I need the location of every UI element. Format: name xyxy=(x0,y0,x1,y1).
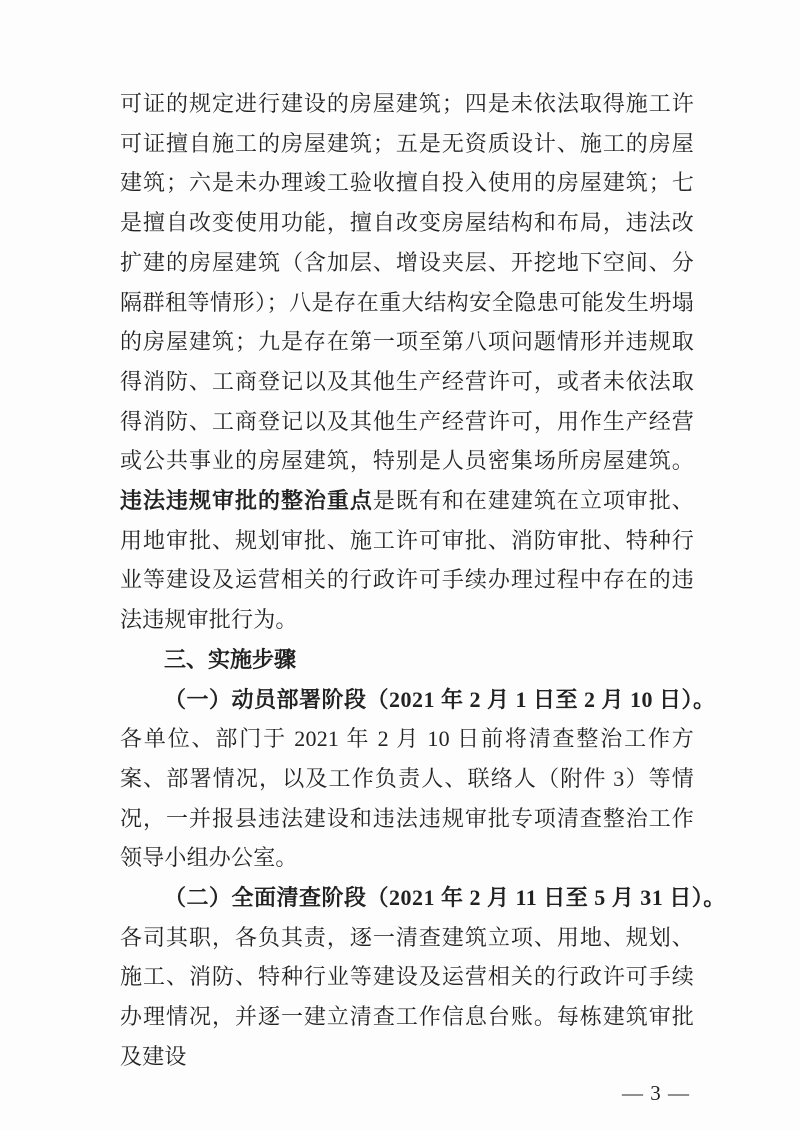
paragraph-stage2-body: 各司其职，各负其责，逐一清查建筑立项、用地、规划、施工、消防、特种行业等建设及运… xyxy=(120,918,694,1077)
paragraph-remediation-targets: 可证的规定进行建设的房屋建筑；四是未依法取得施工许可证擅自施工的房屋建筑；五是无… xyxy=(120,84,694,640)
paragraph-text-before-emphasis: 可证的规定进行建设的房屋建筑；四是未依法取得施工许可证擅自施工的房屋建筑；五是无… xyxy=(120,91,694,473)
bold-emphasis-remediation-focus: 违法违规审批的整治重点 xyxy=(120,488,373,513)
document-page: 可证的规定进行建设的房屋建筑；四是未依法取得施工许可证擅自施工的房屋建筑；五是无… xyxy=(0,0,800,1130)
stage1-heading-mobilization-phase: （一）动员部署阶段（2021 年 2 月 1 日至 2 月 10 日）。 xyxy=(120,680,694,720)
paragraph-stage1-body: 各单位、部门于 2021 年 2 月 10 日前将清查整治工作方案、部署情况，以… xyxy=(120,719,694,878)
section-heading-implementation-steps: 三、实施步骤 xyxy=(120,640,694,680)
stage2-heading-full-inspection-phase: （二）全面清查阶段（2021 年 2 月 11 日至 5 月 31 日）。 xyxy=(120,878,694,918)
document-text-block: 可证的规定进行建设的房屋建筑；四是未依法取得施工许可证擅自施工的房屋建筑；五是无… xyxy=(120,84,694,1106)
page-number: — 3 — xyxy=(120,1080,694,1106)
